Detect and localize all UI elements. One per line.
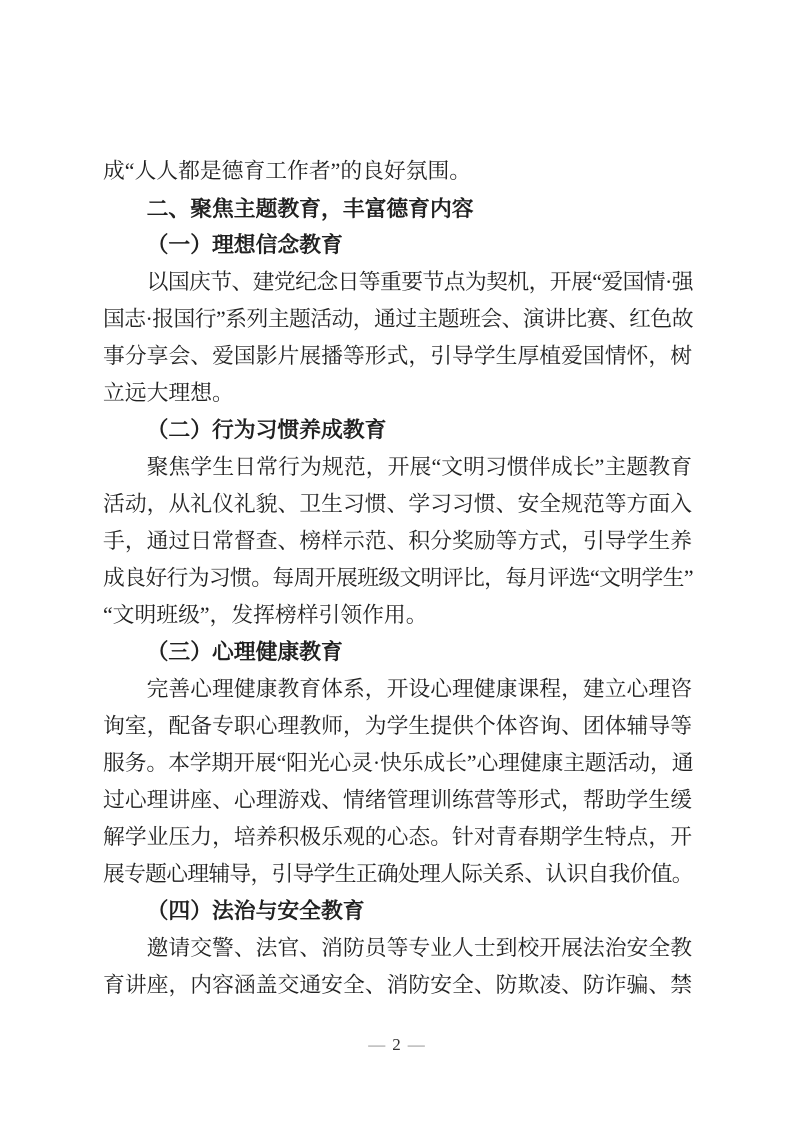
- body-line: 展专题心理辅导，引导学生正确处理人际关系、认识自我价值。: [103, 856, 692, 893]
- subsection-heading: （四）法治与安全教育: [103, 893, 692, 930]
- body-line: 邀请交警、法官、消防员等专业人士到校开展法治安全教: [103, 930, 692, 967]
- body-line: 手，通过日常督查、榜样示范、积分奖励等方式，引导学生养: [103, 523, 692, 560]
- body-line: 解学业压力，培养积极乐观的心态。针对青春期学生特点，开: [103, 819, 692, 856]
- footer-dash-right: —: [408, 1035, 425, 1054]
- body-line: 成良好行为习惯。每周开展班级文明评比，每月评选“文明学生”: [103, 560, 692, 597]
- body-line: 事分享会、爱国影片展播等形式，引导学生厚植爱国情怀，树: [103, 338, 692, 375]
- document-body: 成“人人都是德育工作者”的良好氛围。 二、聚焦主题教育，丰富德育内容 （一）理想…: [103, 153, 692, 1004]
- body-line: “文明班级”，发挥榜样引领作用。: [103, 597, 692, 634]
- body-line: 询室，配备专职心理教师，为学生提供个体咨询、团体辅导等: [103, 708, 692, 745]
- document-page: 成“人人都是德育工作者”的良好氛围。 二、聚焦主题教育，丰富德育内容 （一）理想…: [0, 0, 793, 1122]
- section-heading: 二、聚焦主题教育，丰富德育内容: [103, 190, 692, 227]
- body-line: 以国庆节、建党纪念日等重要节点为契机，开展“爱国情·强: [103, 264, 692, 301]
- body-line: 活动，从礼仪礼貌、卫生习惯、学习习惯、安全规范等方面入: [103, 486, 692, 523]
- body-line: 成“人人都是德育工作者”的良好氛围。: [103, 153, 692, 190]
- subsection-heading: （三）心理健康教育: [103, 634, 692, 671]
- body-line: 完善心理健康教育体系，开设心理健康课程，建立心理咨: [103, 671, 692, 708]
- body-line: 过心理讲座、心理游戏、情绪管理训练营等形式，帮助学生缓: [103, 782, 692, 819]
- subsection-heading: （一）理想信念教育: [103, 227, 692, 264]
- body-line: 立远大理想。: [103, 375, 692, 412]
- page-footer: —2—: [0, 1034, 793, 1056]
- body-line: 服务。本学期开展“阳光心灵·快乐成长”心理健康主题活动，通: [103, 745, 692, 782]
- footer-dash-left: —: [368, 1035, 385, 1054]
- body-line: 聚焦学生日常行为规范，开展“文明习惯伴成长”主题教育: [103, 449, 692, 486]
- subsection-heading: （二）行为习惯养成教育: [103, 412, 692, 449]
- page-number: 2: [392, 1035, 401, 1054]
- body-line: 育讲座，内容涵盖交通安全、消防安全、防欺凌、防诈骗、禁: [103, 967, 692, 1004]
- body-line: 国志·报国行”系列主题活动，通过主题班会、演讲比赛、红色故: [103, 301, 692, 338]
